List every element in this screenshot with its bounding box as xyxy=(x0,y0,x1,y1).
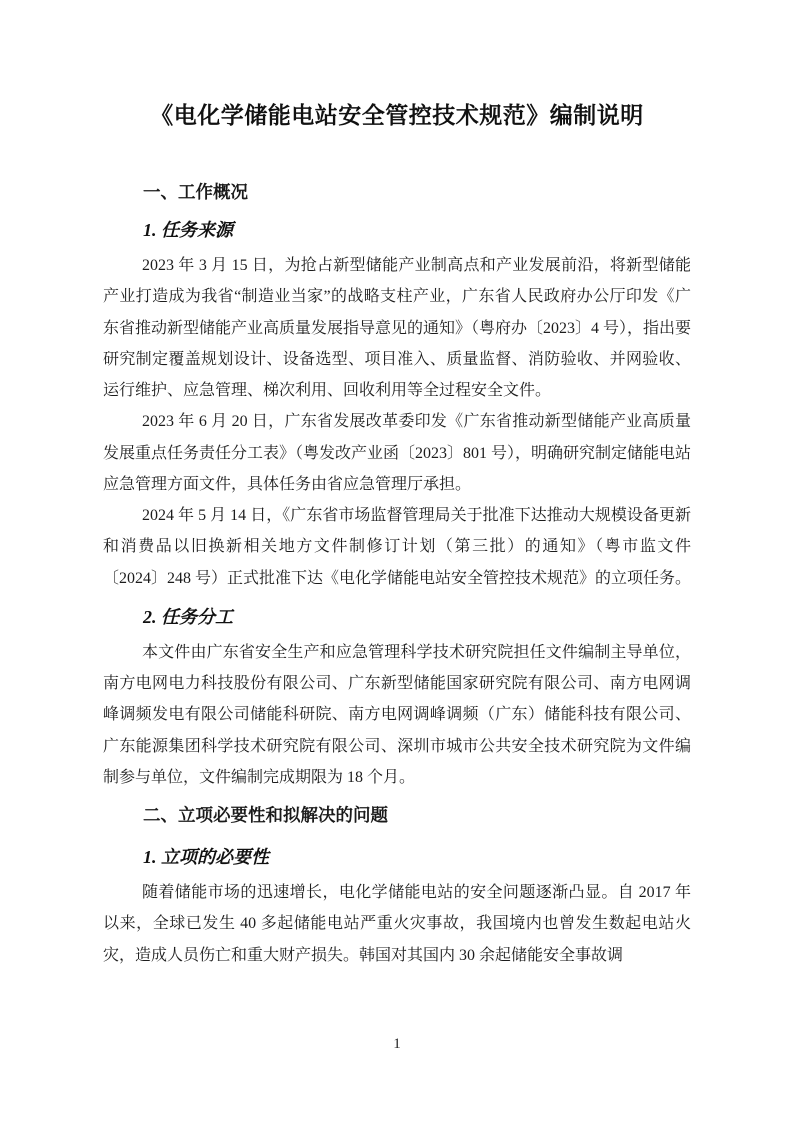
paragraph-task-division-1: 本文件由广东省安全生产和应急管理科学技术研究院担任文件编制主导单位，南方电网电力… xyxy=(103,637,691,793)
document-content: 《电化学储能电站安全管控技术规范》编制说明 一、工作概况 1. 任务来源 202… xyxy=(0,0,794,971)
document-title: 《电化学储能电站安全管控技术规范》编制说明 xyxy=(103,99,691,133)
subsection-heading-task-source: 1. 任务来源 xyxy=(143,218,691,243)
page-number: 1 xyxy=(0,1034,794,1054)
subsection-heading-necessity: 1. 立项的必要性 xyxy=(143,845,691,870)
subsection-heading-task-division: 2. 任务分工 xyxy=(143,605,691,630)
section-heading-project-necessity: 二、立项必要性和拟解决的问题 xyxy=(143,803,691,827)
paragraph-task-source-3: 2024 年 5 月 14 日，《广东省市场监督管理局关于批准下达推动大规模设备… xyxy=(103,500,691,594)
paragraph-necessity-1: 随着储能市场的迅速增长，电化学储能电站的安全问题逐渐凸显。自 2017 年以来，… xyxy=(103,877,691,971)
paragraph-task-source-2: 2023 年 6 月 20 日，广东省发展改革委印发《广东省推动新型储能产业高质… xyxy=(103,406,691,500)
document-page: 《电化学储能电站安全管控技术规范》编制说明 一、工作概况 1. 任务来源 202… xyxy=(0,0,794,1123)
paragraph-task-source-1: 2023 年 3 月 15 日，为抢占新型储能产业制高点和产业发展前沿，将新型储… xyxy=(103,250,691,406)
section-heading-work-overview: 一、工作概况 xyxy=(143,180,691,204)
